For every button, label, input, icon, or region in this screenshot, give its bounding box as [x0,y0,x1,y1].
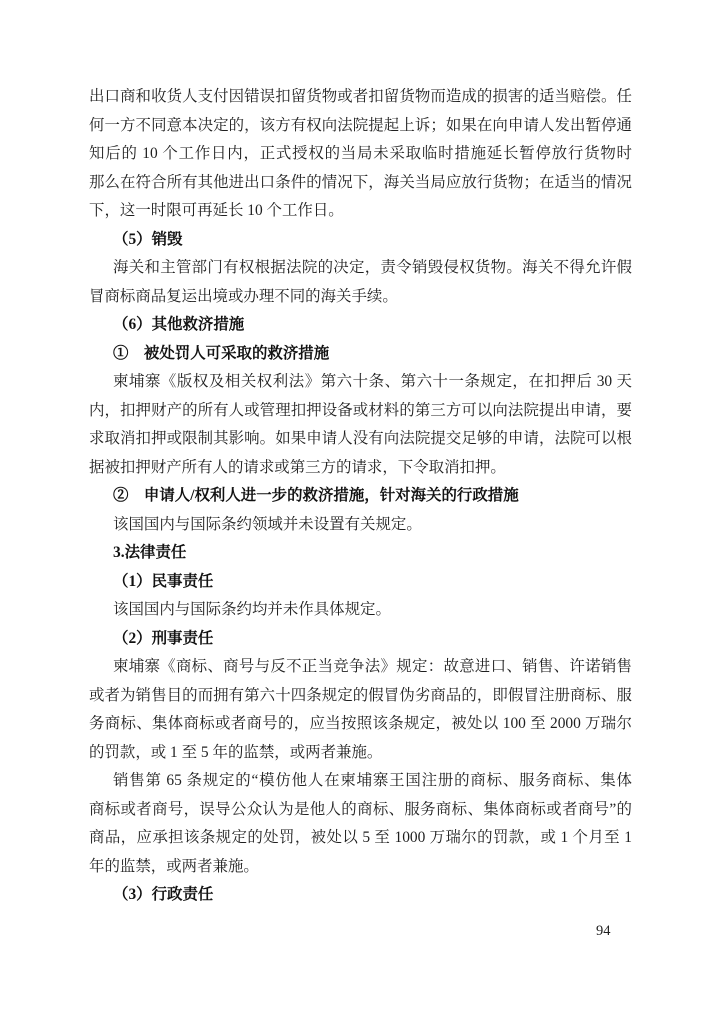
text-line: 该国国内与国际条约领域并未设置有关规定。 [89,511,632,540]
text-line: 求取消扣押或限制其影响。如果申请人没有向法院提交足够的申请，法院可以根 [89,425,632,454]
text-line: 柬埔寨《版权及相关权利法》第六十条、第六十一条规定，在扣押后 30 天 [89,368,632,397]
text-line: 内，扣押财产的所有人或管理扣押设备或材料的第三方可以向法院提出申请，要 [89,397,632,426]
heading-1-civil-liability: （1）民事责任 [89,568,632,597]
page-content: 出口商和收货人支付因错误扣留货物或者扣留货物而造成的损害的适当赔偿。任 何一方不… [89,83,632,910]
text-line: 商标或者商号，误导公众认为是他人的商标、服务商标、集体商标或者商号”的 [89,796,632,825]
text-line: 或者为销售目的而拥有第六十四条规定的假冒伪劣商品的，即假冒注册商标、服 [89,682,632,711]
text-line: 据被扣押财产所有人的请求或第三方的请求，下令取消扣押。 [89,454,632,483]
document-page: 出口商和收货人支付因错误扣留货物或者扣留货物而造成的损害的适当赔偿。任 何一方不… [0,0,720,1018]
heading-remedies-for-applicant: ② 申请人/权利人进一步的救济措施，针对海关的行政措施 [89,482,632,511]
text-line: 年的监禁，或两者兼施。 [89,853,632,882]
text-line: 柬埔寨《商标、商号与反不正当竞争法》规定：故意进口、销售、许诺销售 [89,653,632,682]
text-line: 下，这一时限可再延长 10 个工作日。 [89,197,632,226]
page-number: 94 [596,921,611,941]
text-line: 的罚款，或 1 至 5 年的监禁，或两者兼施。 [89,739,632,768]
text-line: 知后的 10 个工作日内，正式授权的当局未采取临时措施延长暂停放行货物时间， [89,140,632,169]
text-line: 那么在符合所有其他进出口条件的情况下，海关当局应放行货物；在适当的情况 [89,169,632,198]
text-line: 海关和主管部门有权根据法院的决定，责令销毁侵权货物。海关不得允许假 [89,254,632,283]
text-line: 出口商和收货人支付因错误扣留货物或者扣留货物而造成的损害的适当赔偿。任 [89,83,632,112]
heading-6-other-remedies: （6）其他救济措施 [89,311,632,340]
text-line: 该国国内与国际条约均并未作具体规定。 [89,596,632,625]
heading-3-legal-liability: 3.法律责任 [89,539,632,568]
heading-2-criminal-liability: （2）刑事责任 [89,625,632,654]
heading-5-destruction: （5）销毁 [89,226,632,255]
heading-3-administrative-liability: （3）行政责任 [89,881,632,910]
text-line: 销售第 65 条规定的“模仿他人在柬埔寨王国注册的商标、服务商标、集体 [89,767,632,796]
text-line: 商品，应承担该条规定的处罚，被处以 5 至 1000 万瑞尔的罚款，或 1 个月… [89,824,632,853]
text-line: 冒商标商品复运出境或办理不同的海关手续。 [89,283,632,312]
text-line: 何一方不同意本决定的，该方有权向法院提起上诉；如果在向申请人发出暂停通 [89,112,632,141]
heading-remedies-for-penalized: ① 被处罚人可采取的救济措施 [89,340,632,369]
text-line: 务商标、集体商标或者商号的，应当按照该条规定，被处以 100 至 2000 万瑞… [89,710,632,739]
